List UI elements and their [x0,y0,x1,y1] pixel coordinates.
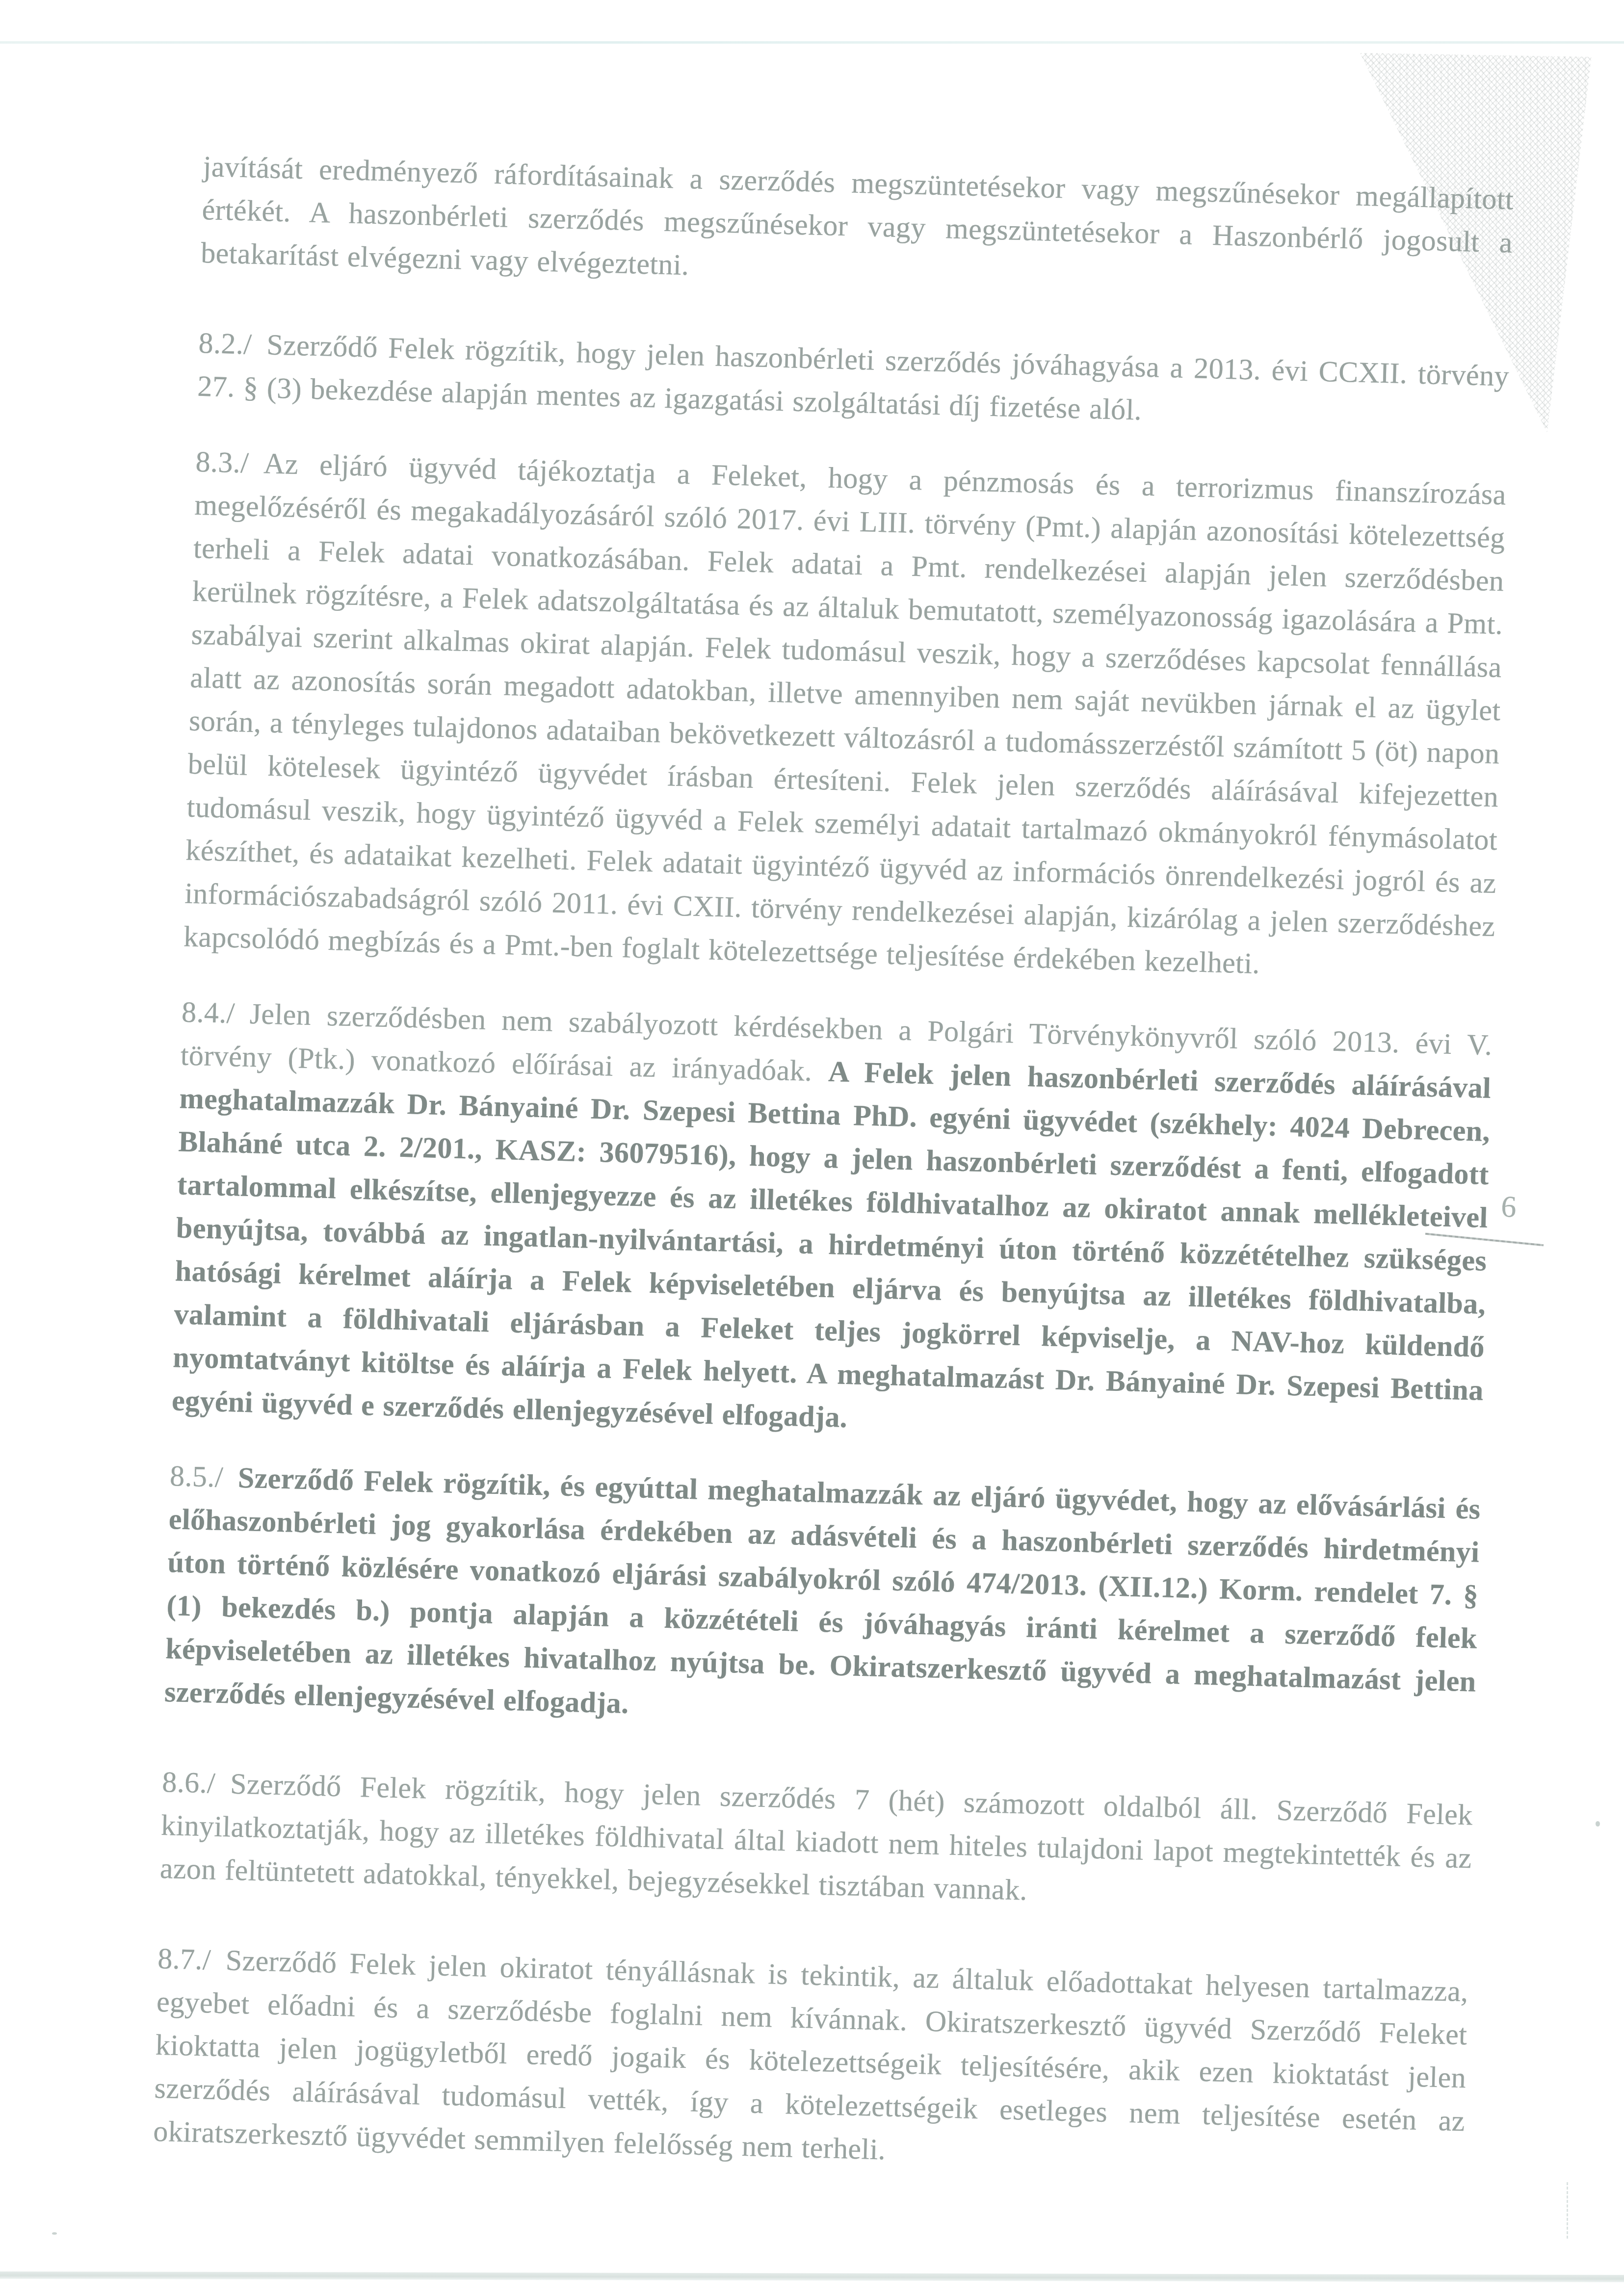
section-text: Szerződő Felek rögzítik, hogy jelen szer… [159,1767,1473,1906]
section-label: 8.4./ [181,995,235,1029]
scan-speck [52,2232,57,2235]
section-label: 8.7./ [157,1942,211,1976]
section-label: 8.6./ [162,1766,216,1800]
section-8-7: 8.7./Szerződő Felek jelen okiratot tényá… [153,1937,1468,2186]
section-8-3: 8.3./Az eljáró ügyvéd tájékoztatja a Fel… [183,440,1507,991]
section-text: Szerződő Felek jelen okiratot tényállásn… [153,1944,1469,2166]
scan-artifact-vertical-dashes [1567,2182,1568,2239]
section-text: Az eljáró ügyvéd tájékoztatja a Feleket,… [183,447,1506,980]
section-8-5: 8.5./Szerződő Felek rögzítik, és egyútta… [164,1454,1481,1746]
section-text: javítását eredményező ráfordításainak a … [201,150,1514,281]
section-8-2: 8.2./Szerződő Felek rögzítik, hogy jelen… [197,321,1510,441]
section-8-6: 8.6./Szerződő Felek rögzítik, hogy jelen… [159,1760,1473,1923]
scan-artifact-bottom-edge [0,2271,1624,2282]
section-label: 8.3./ [195,445,249,479]
section-runover-8-1: javítását eredményező ráfordításainak a … [200,145,1514,308]
section-bold-text: Szerződő Felek rögzítik, és egyúttal meg… [164,1461,1481,1720]
page-number-value: 6 [1500,1190,1518,1224]
scan-artifact-top-line [0,41,1624,44]
section-text: Szerződő Felek rögzítik, hogy jelen hasz… [197,328,1510,426]
section-label: 8.2./ [198,327,252,361]
section-label: 8.5./ [169,1460,223,1493]
scanned-contract-page: 6 javítását eredményező ráfordításainak … [0,0,1624,2296]
contract-text-block: javítását eredményező ráfordításainak a … [152,145,1514,2218]
section-8-4: 8.4./Jelen szerződésben nem szabályozott… [171,990,1493,1455]
scan-speck [1596,1821,1600,1826]
page-number: 6 [1486,1189,1532,1226]
section-bold-text: A Felek jelen haszonbérleti szerződés al… [171,1055,1492,1434]
